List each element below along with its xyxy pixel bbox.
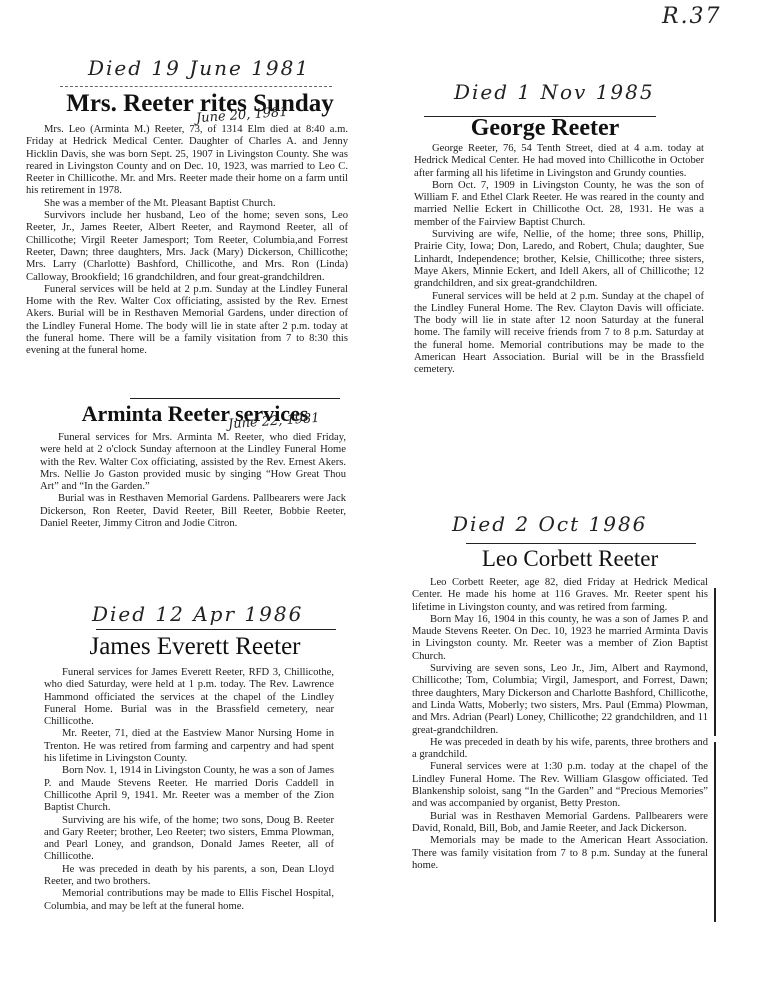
paragraph: Memorials may be made to the American He… bbox=[412, 835, 708, 872]
page-number-mark: R.37 bbox=[662, 4, 722, 29]
handwritten-death-date: Died 19 June 1981 bbox=[88, 56, 310, 80]
handwritten-death-date: Died 2 Oct 1986 bbox=[452, 512, 647, 536]
paragraph: Memorial contributions may be made to El… bbox=[44, 888, 334, 913]
headline: George Reeter bbox=[420, 113, 670, 143]
paragraph: Funeral services will be held at 2 p.m. … bbox=[414, 291, 704, 377]
paragraph: He was preceded in death by his parents,… bbox=[44, 864, 334, 889]
clipping-edge-line bbox=[714, 588, 716, 736]
divider bbox=[130, 398, 340, 399]
paragraph: Burial was in Resthaven Memorial Gardens… bbox=[40, 493, 346, 530]
paragraph: Survivors include her husband, Leo of th… bbox=[26, 210, 348, 284]
divider bbox=[96, 629, 336, 630]
paragraph: Funeral services will be held at 2 p.m. … bbox=[26, 284, 348, 358]
paragraph: George Reeter, 76, 54 Tenth Street, died… bbox=[414, 143, 704, 180]
paragraph: She was a member of the Mt. Pleasant Bap… bbox=[26, 198, 348, 210]
handwritten-death-date: Died 12 Apr 1986 bbox=[92, 602, 303, 626]
paragraph: Mrs. Leo (Arminta M.) Reeter, 73, of 131… bbox=[26, 124, 348, 198]
headline: James Everett Reeter bbox=[50, 631, 340, 663]
article-body: Leo Corbett Reeter, age 82, died Friday … bbox=[412, 577, 708, 872]
paragraph: Born Oct. 7, 1909 in Livingston County, … bbox=[414, 180, 704, 229]
paragraph: Burial was in Resthaven Memorial Gardens… bbox=[412, 811, 708, 836]
paragraph: He was preceded in death by his wife, pa… bbox=[412, 737, 708, 762]
article-body: Funeral services for Mrs. Arminta M. Ree… bbox=[40, 432, 346, 530]
paragraph: Funeral services for Mrs. Arminta M. Ree… bbox=[40, 432, 346, 493]
handwritten-death-date: Died 1 Nov 1985 bbox=[454, 80, 655, 104]
clipping-edge-line bbox=[714, 742, 716, 922]
paragraph: Born Nov. 1, 1914 in Livingston County, … bbox=[44, 765, 334, 814]
divider bbox=[60, 86, 332, 87]
paragraph: Mr. Reeter, 71, died at the Eastview Man… bbox=[44, 728, 334, 765]
article-body: Mrs. Leo (Arminta M.) Reeter, 73, of 131… bbox=[26, 124, 348, 358]
article-body: George Reeter, 76, 54 Tenth Street, died… bbox=[414, 143, 704, 377]
paragraph: Surviving are wife, Nellie, of the home;… bbox=[414, 229, 704, 290]
paragraph: Funeral services for James Everett Reete… bbox=[44, 667, 334, 728]
paragraph: Surviving are seven sons, Leo Jr., Jim, … bbox=[412, 663, 708, 737]
paragraph: Leo Corbett Reeter, age 82, died Friday … bbox=[412, 577, 708, 614]
article-body: Funeral services for James Everett Reete… bbox=[44, 667, 334, 913]
headline: Leo Corbett Reeter bbox=[440, 544, 700, 574]
paragraph: Funeral services were at 1:30 p.m. today… bbox=[412, 761, 708, 810]
paragraph: Born May 16, 1904 in this county, he was… bbox=[412, 614, 708, 663]
paragraph: Surviving are his wife, of the home; two… bbox=[44, 815, 334, 864]
